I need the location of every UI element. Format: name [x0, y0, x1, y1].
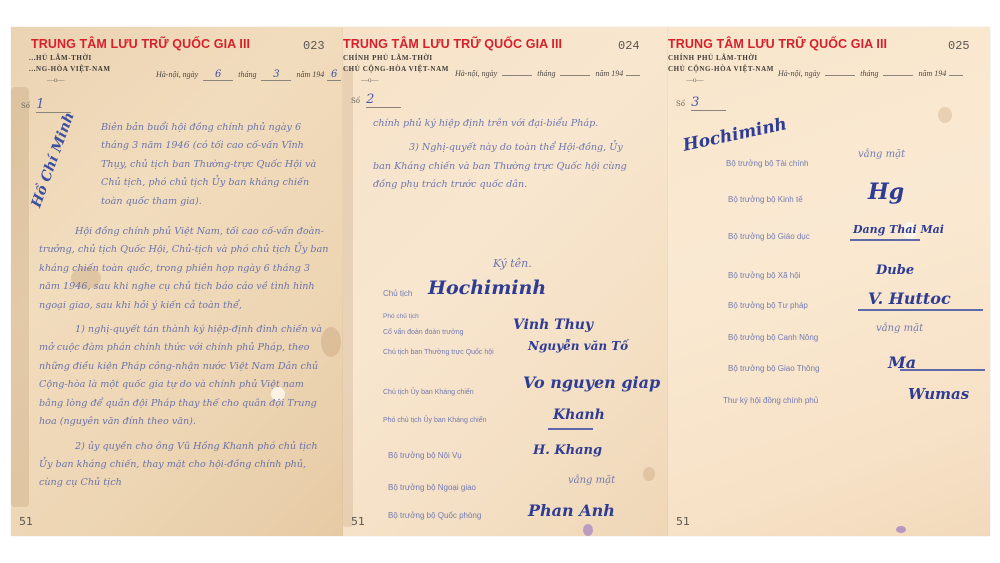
page-number-prefix: Số	[21, 102, 30, 110]
signature: Nguyễn văn Tố	[528, 339, 628, 353]
signatory-row: Bộ trưởng bộ Ngoại giao	[388, 483, 476, 492]
edge-stain	[343, 67, 353, 527]
signatory-role: Cố vấn đoàn đoàn trưởng	[383, 329, 464, 336]
dateline-year	[626, 75, 640, 76]
signatory-row: Bộ trưởng bộ Giáo dục	[728, 232, 810, 241]
document-page-2: TRUNG TÂM LƯU TRỮ QUỐC GIA III 024 CHÍNH…	[343, 27, 669, 536]
letterhead-line-1: CHÍNH PHỦ LÂM-THỜI	[343, 53, 449, 64]
dateline: Hà-nội, ngày 6 tháng 3 năm 1946	[156, 69, 343, 81]
dateline-month-label: tháng	[537, 69, 555, 78]
signatory-role: Phó chủ tịch Ủy ban Kháng chiến	[383, 417, 487, 424]
signature: Vinh Thuy	[513, 317, 593, 333]
signatory-row: Phó chủ tịch Ủy ban Kháng chiến	[383, 417, 487, 424]
signatory-row: Chủ tịch Ủy ban Kháng chiến	[383, 389, 474, 396]
document-page-1: TRUNG TÂM LƯU TRỮ QUỐC GIA III 023 ...HỦ…	[11, 27, 343, 536]
signatory-role: Bộ trưởng bộ Tài chính	[726, 159, 809, 168]
letterhead-line-2: CHỦ CỘNG-HÒA VIỆT-NAM	[343, 64, 449, 75]
page-number-value: 2	[366, 92, 401, 108]
signature: Dang Thai Mai	[853, 223, 944, 236]
signatory-role: Bộ trưởng bộ Canh Nông	[728, 333, 818, 342]
signatory-row: Cố vấn đoàn đoàn trưởng	[383, 329, 464, 336]
signatory-role: Bộ trưởng bộ Giao Thông	[728, 364, 819, 373]
dateline-day	[502, 75, 532, 76]
signature: V. Huttoc	[868, 289, 951, 308]
signature: Dube	[876, 263, 914, 278]
document-number: 023	[303, 39, 325, 53]
absent-note: vắng mặt	[876, 323, 923, 334]
page-number: Số3	[676, 95, 726, 111]
dateline-day	[825, 75, 855, 76]
page-number-value: 3	[691, 95, 726, 111]
signatory-role: Chủ tịch Ủy ban Kháng chiến	[383, 389, 474, 396]
page-number-prefix: Số	[676, 100, 685, 108]
paragraph: 1) nghị-quyết tán thành ký hiệp-định đìn…	[39, 321, 329, 431]
folio-number: 51	[19, 515, 33, 528]
signature-underline	[850, 239, 920, 241]
dateline-day: 6	[203, 69, 233, 81]
letterhead-ornament: —o—	[686, 75, 774, 86]
paragraph: 2) ủy quyền cho ông Vũ Hồng Khanh phó ch…	[39, 438, 329, 493]
document-number: 025	[948, 39, 970, 53]
letterhead-line-1: CHÍNH PHỦ LÂM-THỜI	[668, 53, 774, 64]
signatory-row: Chủ tịch	[383, 289, 412, 298]
archive-label: TRUNG TÂM LƯU TRỮ QUỐC GIA III	[343, 37, 562, 51]
dateline: Hà-nội, ngày tháng năm 194	[455, 69, 643, 78]
signatory-role: Thư ký hội đồng chính phủ	[723, 396, 818, 405]
signatory-row: Bộ trưởng bộ Tài chính	[726, 159, 809, 168]
archive-label: TRUNG TÂM LƯU TRỮ QUỐC GIA III	[668, 37, 887, 51]
paragraph: Hội đồng chính phủ Việt Nam, tối cao cố-…	[39, 223, 329, 315]
letterhead-line-1: ...HỦ LÂM-THỜI	[29, 53, 111, 64]
signatory-row: Bộ trưởng bộ Canh Nông	[728, 333, 818, 342]
signatory-role: Bộ trưởng bộ Ngoại giao	[388, 483, 476, 492]
archive-label: TRUNG TÂM LƯU TRỮ QUỐC GIA III	[31, 37, 250, 51]
letterhead: ...HỦ LÂM-THỜI ...NG-HÒA VIỆT-NAM —o—	[29, 53, 111, 86]
ink-stamp-mark	[896, 526, 906, 533]
dateline-year-label: năm 194	[918, 69, 946, 78]
document-body: Biên bản buổi hội đồng chính phủ ngày 6 …	[39, 119, 329, 499]
letterhead-line-2: CHỦ CỘNG-HÒA VIỆT-NAM	[668, 64, 774, 75]
signatory-role: Bộ trưởng bộ Giáo dục	[728, 232, 810, 241]
dateline-month-label: tháng	[860, 69, 878, 78]
dateline-year	[949, 75, 963, 76]
letterhead-ornament: —o—	[47, 75, 111, 86]
dateline-year: 6	[327, 69, 341, 81]
folio-number: 51	[351, 515, 365, 528]
signatory-role: Bộ trưởng bộ Tư pháp	[728, 301, 808, 310]
signatory-row: Chủ tịch ban Thường trực Quốc hội	[383, 349, 494, 356]
stain	[643, 467, 655, 481]
dateline-prefix: Hà-nội, ngày	[778, 69, 820, 78]
side-signature: Hochiminh	[681, 114, 789, 156]
signature: Hg	[868, 179, 904, 205]
signature: Phan Anh	[528, 501, 615, 520]
letterhead-ornament: —o—	[361, 75, 449, 86]
signature: Vo nguyen giap	[523, 373, 660, 392]
signature: Hochiminh	[428, 277, 546, 299]
signatory-role: Chủ tịch ban Thường trực Quốc hội	[383, 349, 494, 356]
signatory-role: Bộ trưởng bộ Nội Vụ	[388, 451, 462, 460]
page-number-prefix: Số	[351, 97, 360, 105]
edge-stain	[11, 87, 29, 507]
document-body: chính phủ ký hiệp định trên với đại-biểu…	[373, 115, 643, 201]
signatory-role: Bộ trưởng bộ Kinh tế	[728, 195, 803, 204]
stain	[938, 107, 952, 123]
letterhead-line-2: ...NG-HÒA VIỆT-NAM	[29, 64, 111, 75]
document-number: 024	[618, 39, 640, 53]
signature: Wumas	[908, 385, 969, 403]
signatory-row: Bộ trưởng bộ Tư pháp	[728, 301, 808, 310]
signature-underline	[548, 428, 593, 430]
dateline-month: 3	[261, 69, 291, 81]
ink-stamp-mark	[583, 524, 593, 536]
signatory-row: Bộ trưởng bộ Xã hội	[728, 271, 800, 280]
folio-number: 51	[676, 515, 690, 528]
dateline-prefix: Hà-nội, ngày	[455, 69, 497, 78]
dateline-month	[883, 75, 913, 76]
signatory-role: Chủ tịch	[383, 289, 412, 298]
absent-note: vắng mặt	[858, 149, 905, 160]
signatory-role: Bộ trưởng bộ Xã hội	[728, 271, 800, 280]
signed-heading: Ký tên.	[493, 257, 532, 270]
letterhead: CHÍNH PHỦ LÂM-THỜI CHỦ CỘNG-HÒA VIỆT-NAM…	[343, 53, 449, 86]
dateline-month	[560, 75, 590, 76]
signatory-role: Bộ trưởng bộ Quốc phòng	[388, 511, 481, 520]
dateline-month-label: tháng	[238, 70, 256, 79]
signatory-row: Phó chủ tịch	[383, 313, 419, 320]
paragraph: 3) Nghị-quyết này do toàn thể Hội-đồng, …	[373, 139, 643, 194]
dateline-year-label: năm 194	[296, 70, 324, 79]
dateline-year-label: năm 194	[595, 69, 623, 78]
dateline: Hà-nội, ngày tháng năm 194	[778, 69, 966, 78]
dateline-prefix: Hà-nội, ngày	[156, 70, 198, 79]
paragraph: chính phủ ký hiệp định trên với đại-biểu…	[373, 115, 643, 133]
signatory-row: Bộ trưởng bộ Quốc phòng	[388, 511, 481, 520]
signatory-row: Bộ trưởng bộ Kinh tế	[728, 195, 803, 204]
signature-underline	[900, 369, 985, 371]
absent-note: vắng mặt	[568, 475, 615, 486]
signatory-role: Phó chủ tịch	[383, 313, 419, 320]
paragraph-heading: Biên bản buổi hội đồng chính phủ ngày 6 …	[39, 119, 329, 211]
signatory-row: Bộ trưởng bộ Giao Thông	[728, 364, 819, 373]
signature: Khanh	[553, 407, 605, 423]
document-page-3: TRUNG TÂM LƯU TRỮ QUỐC GIA III 025 CHÍNH…	[668, 27, 990, 536]
signatory-row: Bộ trưởng bộ Nội Vụ	[388, 451, 462, 460]
letterhead: CHÍNH PHỦ LÂM-THỜI CHỦ CỘNG-HÒA VIỆT-NAM…	[668, 53, 774, 86]
signature: H. Khang	[533, 443, 602, 458]
signatory-row: Thư ký hội đồng chính phủ	[723, 396, 818, 405]
page-number: Số2	[351, 92, 401, 108]
signature-underline	[858, 309, 983, 311]
